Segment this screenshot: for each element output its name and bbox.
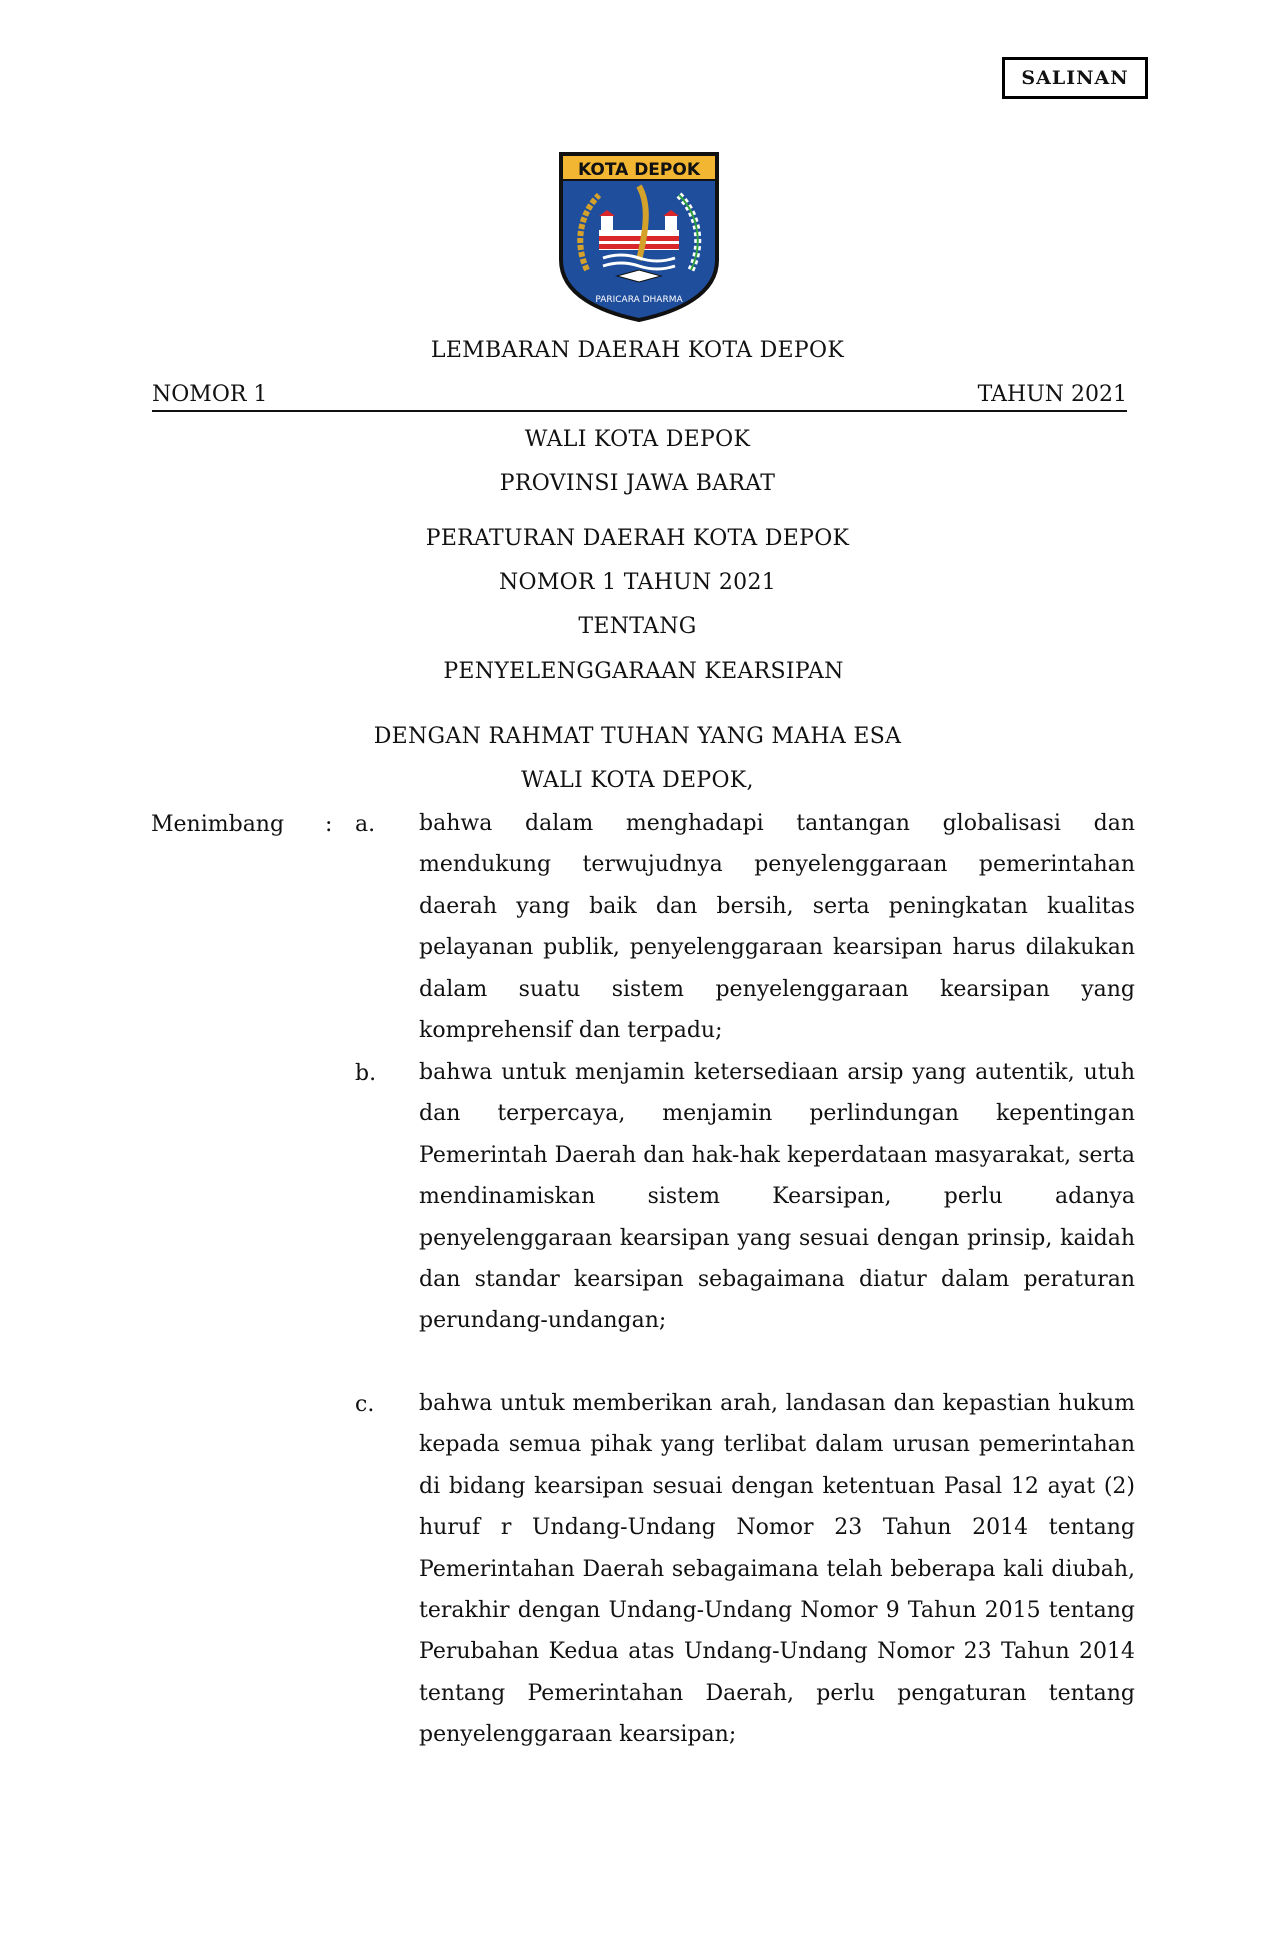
- province: PROVINSI JAWA BARAT: [0, 471, 1275, 496]
- considerations-label: Menimbang: [151, 812, 284, 837]
- salinan-stamp: SALINAN: [1002, 57, 1148, 99]
- item-marker: a.: [355, 812, 375, 837]
- publication-year: TAHUN 2021: [978, 382, 1127, 407]
- issuer: WALI KOTA DEPOK: [0, 427, 1275, 452]
- svg-text:PARICARA DHARMA: PARICARA DHARMA: [595, 295, 683, 305]
- item-marker: c.: [355, 1392, 374, 1417]
- considerations-separator: :: [325, 812, 332, 837]
- item-marker: b.: [355, 1061, 376, 1086]
- kota-depok-emblem-icon: KOTA DEPOK PARICARA DHARMA: [557, 150, 721, 322]
- publication-number: NOMOR 1: [152, 382, 267, 407]
- publication-number-row: NOMOR 1 TAHUN 2021: [152, 382, 1127, 412]
- svg-text:KOTA DEPOK: KOTA DEPOK: [578, 160, 701, 180]
- regulation-about: TENTANG: [0, 614, 1275, 639]
- regulation-title: PERATURAN DAERAH KOTA DEPOK: [0, 526, 1275, 551]
- item-text: bahwa dalam menghadapi tantangan globali…: [419, 803, 1135, 1051]
- invocation: DENGAN RAHMAT TUHAN YANG MAHA ESA: [0, 724, 1275, 749]
- publication-title: LEMBARAN DAERAH KOTA DEPOK: [0, 338, 1275, 363]
- item-text: bahwa untuk menjamin ketersediaan arsip …: [419, 1052, 1135, 1342]
- regulation-subject: PENYELENGGARAAN KEARSIPAN: [6, 659, 1275, 684]
- regulation-number: NOMOR 1 TAHUN 2021: [0, 570, 1275, 595]
- item-text: bahwa untuk memberikan arah, landasan da…: [419, 1383, 1135, 1756]
- authority: WALI KOTA DEPOK,: [0, 768, 1275, 793]
